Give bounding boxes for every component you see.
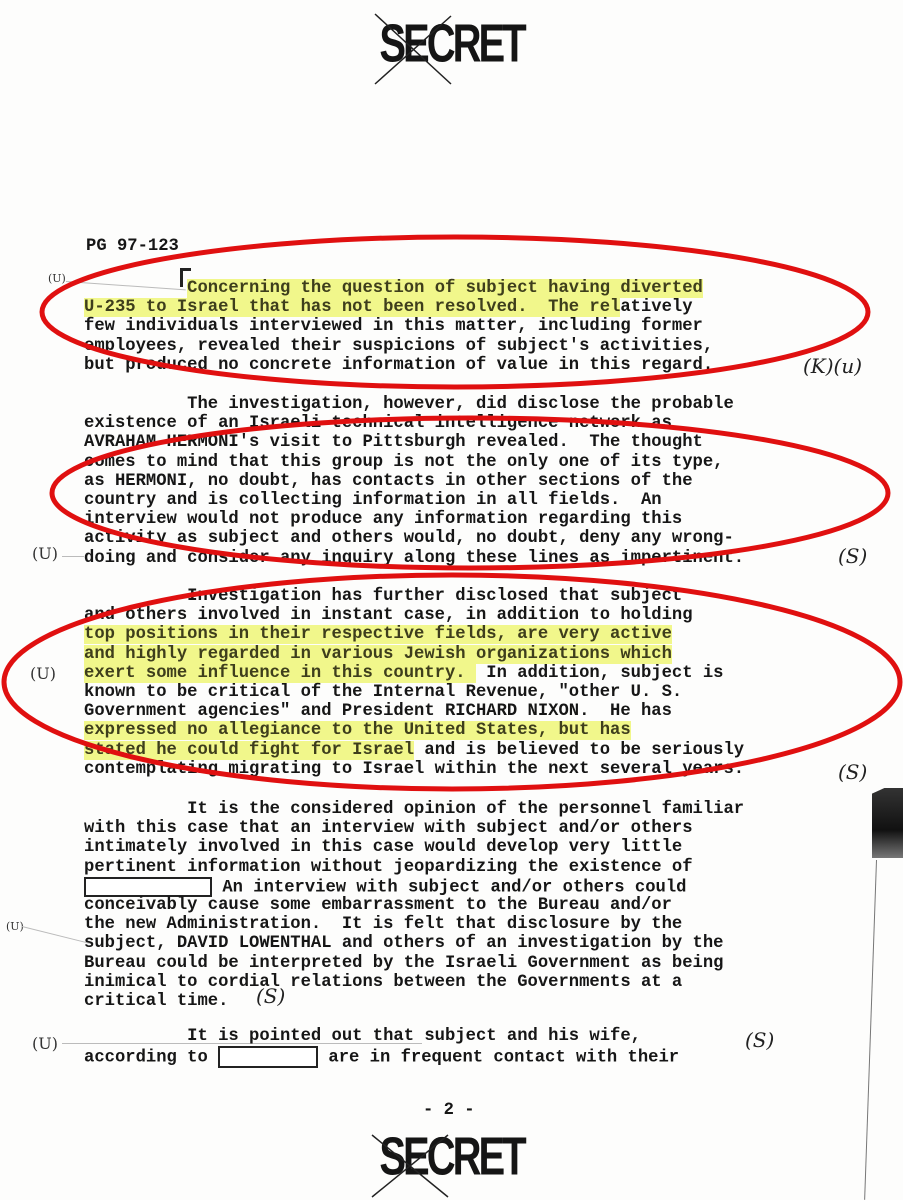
text-line: Government agencies" and President RICHA…	[84, 702, 744, 721]
page-edge-line	[864, 860, 877, 1200]
text-line: as HERMONI, no doubt, has contacts in ot…	[84, 472, 744, 491]
text-line: the new Administration. It is felt that …	[84, 915, 744, 934]
paragraph-4: It is the considered opinion of the pers…	[84, 800, 744, 1011]
text-line: It is the considered opinion of the pers…	[84, 800, 744, 819]
text-line: interview would not produce any informat…	[84, 510, 744, 529]
text-line: critical time.	[84, 992, 744, 1011]
text-line: according to are in frequent contact wit…	[84, 1046, 679, 1065]
text-line: existence of an Israeli technical intell…	[84, 414, 744, 433]
text-line: employees, revealed their suspicions of …	[84, 337, 713, 356]
highlighted-text: exert some influence in this country.	[84, 664, 476, 683]
text-line: conceivably cause some embarrassment to …	[84, 896, 744, 915]
highlighted-text: Concerning the question of subject havin…	[187, 279, 703, 298]
text-line: but produced no concrete information of …	[84, 356, 713, 375]
paragraph-2: The investigation, however, did disclose…	[84, 395, 744, 568]
stamp-strikeout-top	[373, 12, 453, 88]
text-line: subject, DAVID LOWENTHAL and others of a…	[84, 934, 744, 953]
handwritten-mark-p2: (S)	[838, 544, 867, 568]
text-line: Concerning the question of subject havin…	[84, 279, 713, 298]
text-line: with this case that an interview with su…	[84, 819, 744, 838]
text-line: The investigation, however, did disclose…	[84, 395, 744, 414]
handwritten-mark-p5: (S)	[745, 1028, 774, 1052]
text-line: exert some influence in this country. In…	[84, 664, 744, 683]
text-line: intimately involved in this case would d…	[84, 838, 744, 857]
text-line: U-235 to Israel that has not been resolv…	[84, 298, 713, 317]
paragraph-3: Investigation has further disclosed that…	[84, 587, 744, 779]
handwritten-mark-p3: (S)	[838, 760, 867, 784]
text-line: contemplating migrating to Israel within…	[84, 760, 744, 779]
text-line: activity as subject and others would, no…	[84, 529, 744, 548]
file-number: PG 97-123	[86, 237, 179, 256]
margin-rule	[22, 926, 90, 944]
stamp-strikeout-bottom	[370, 1133, 450, 1199]
text-line: Investigation has further disclosed that…	[84, 587, 744, 606]
highlighted-text: stated he could fight for Israel	[84, 741, 414, 760]
text-line: An interview with subject and/or others …	[84, 877, 744, 896]
text-line: and highly regarded in various Jewish or…	[84, 645, 744, 664]
text-line: known to be critical of the Internal Rev…	[84, 683, 744, 702]
handwritten-mark-p1: (K)(u)	[803, 354, 862, 378]
text-line: AVRAHAM HERMONI's visit to Pittsburgh re…	[84, 433, 744, 452]
portion-mark-p1: (U)	[48, 272, 66, 285]
redaction-box	[84, 877, 212, 897]
portion-mark-p2: (U)	[32, 544, 58, 563]
portion-mark-p5: (U)	[32, 1034, 58, 1053]
portion-mark-p3: (U)	[30, 664, 56, 683]
highlighted-text: top positions in their respective fields…	[84, 625, 672, 644]
page-number: - 2 -	[423, 1101, 475, 1120]
text-line: top positions in their respective fields…	[84, 625, 744, 644]
highlighted-text: and highly regarded in various Jewish or…	[84, 645, 672, 664]
text-line: inimical to cordial relations between th…	[84, 973, 744, 992]
paragraph-5: It is pointed out that subject and his w…	[84, 1027, 679, 1065]
text-line: comes to mind that this group is not the…	[84, 453, 744, 472]
text-line: and others involved in instant case, in …	[84, 606, 744, 625]
text-line: stated he could fight for Israel and is …	[84, 741, 744, 760]
text-line: expressed no allegiance to the United St…	[84, 721, 744, 740]
text-line: pertinent information without jeopardizi…	[84, 858, 744, 877]
text-line: country and is collecting information in…	[84, 491, 744, 510]
text-line: Bureau could be interpreted by the Israe…	[84, 954, 744, 973]
highlighted-text: expressed no allegiance to the United St…	[84, 721, 631, 740]
handwritten-mark-p4: (S)	[256, 984, 285, 1008]
text-line: doing and consider any inquiry along the…	[84, 549, 744, 568]
text-line: It is pointed out that subject and his w…	[84, 1027, 679, 1046]
scan-artifact	[872, 788, 903, 858]
redaction-box	[218, 1046, 318, 1068]
text-line: few individuals interviewed in this matt…	[84, 317, 713, 336]
document-page: SECRET PG 97-123 (U) Concerning the ques…	[0, 0, 903, 1200]
paragraph-1: Concerning the question of subject havin…	[84, 279, 713, 375]
margin-rule	[62, 556, 84, 557]
highlighted-text: U-235 to Israel that has not been resolv…	[84, 298, 620, 317]
